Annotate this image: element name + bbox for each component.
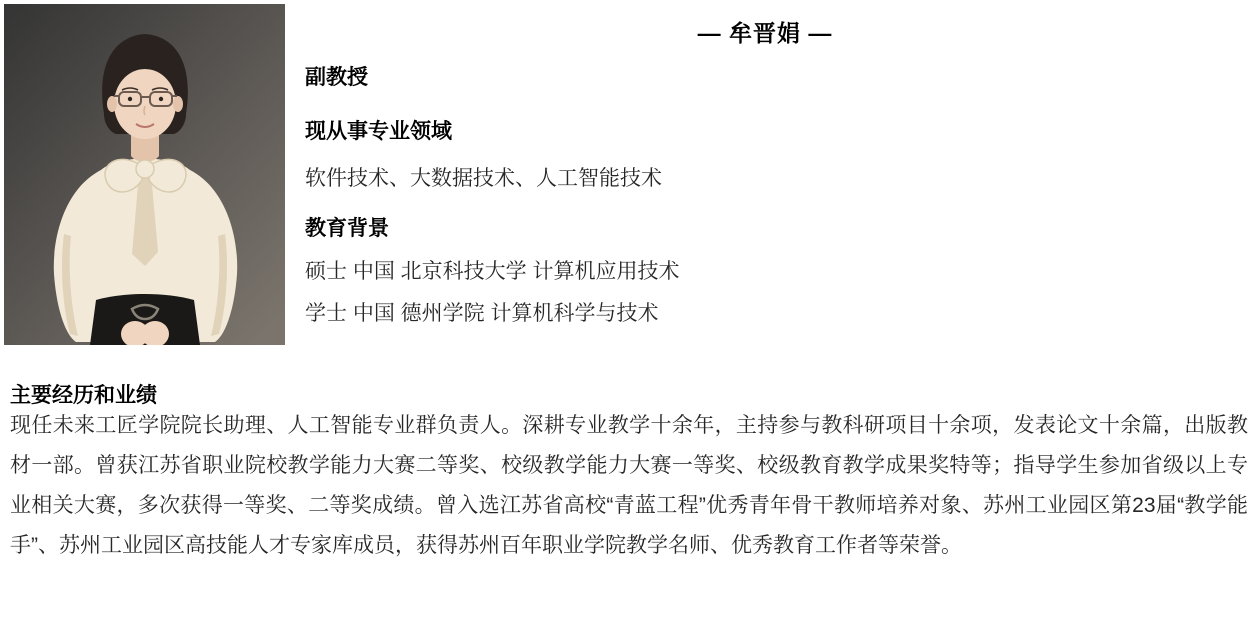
bio-section-text: 现任未来工匠学院院长助理、人工智能专业群负责人。深耕专业教学十余年，主持参与教科…: [10, 406, 1248, 566]
field-section-text: 软件技术、大数据技术、人工智能技术: [305, 166, 662, 192]
portrait-photo-illustration: [4, 4, 285, 345]
portrait-photo: [4, 4, 285, 345]
education-item-bachelor: 学士 中国 德州学院 计算机科学与技术: [305, 301, 659, 327]
field-section-heading: 现从事专业领域: [305, 119, 452, 145]
profile-name: — 牟晋娟 —: [305, 15, 1225, 48]
education-section-heading: 教育背景: [305, 216, 389, 242]
bio-section-heading: 主要经历和业绩: [10, 379, 157, 409]
profile-title: 副教授: [305, 65, 368, 91]
profile-page: — 牟晋娟 — 副教授 现从事专业领域 软件技术、大数据技术、人工智能技术 教育…: [0, 0, 1254, 621]
education-item-master: 硕士 中国 北京科技大学 计算机应用技术: [305, 259, 680, 285]
head: [102, 34, 188, 139]
profile-info: — 牟晋娟 — 副教授 现从事专业领域 软件技术、大数据技术、人工智能技术 教育…: [305, 0, 1225, 355]
face: [114, 69, 176, 139]
